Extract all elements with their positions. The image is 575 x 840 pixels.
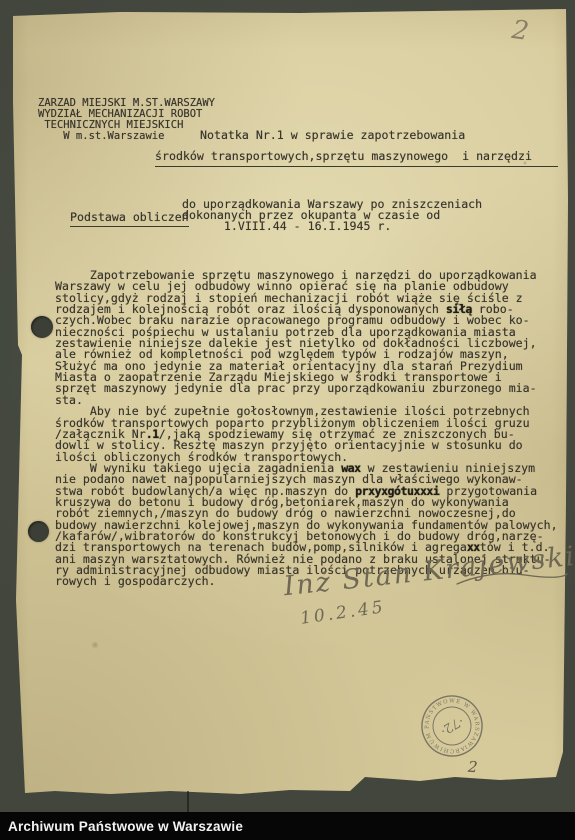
letterhead-line: W m.st.Warszawie	[38, 131, 215, 142]
hole-punch-bottom	[28, 521, 49, 542]
subtitle-line: 1.VIII.44 - 16.I.1945 r.	[182, 221, 482, 232]
page-number-top: 2	[510, 15, 531, 47]
section-heading: Podstawa obliczeń	[70, 210, 189, 227]
signature-flourish	[455, 560, 570, 594]
archive-footer-label: Archiwum Państwowe w Warszawie	[8, 819, 243, 834]
page-number-bottom: 2	[467, 758, 478, 777]
letterhead: ZARZAD MIEJSKI M.ST.WARSZAWYWYDZIAŁ MECH…	[38, 64, 215, 142]
memo-title-underlined: środków transportowych,sprzętu maszynowe…	[155, 149, 558, 167]
body-text: Zapotrzebowanie sprzętu maszynowego i na…	[55, 236, 560, 588]
typed-line: sprzęt maszynowy jedynie dla prac przy u…	[55, 383, 560, 394]
stamp-center-number: ·72·	[437, 712, 466, 737]
scanned-document-page: ZARZAD MIEJSKI M.ST.WARSZAWYWYDZIAŁ MECH…	[0, 0, 575, 840]
hole-punch-top	[31, 316, 53, 338]
memo-title: Notatka Nr.1 w sprawie zapotrzebowania	[200, 128, 465, 142]
memo-subtitle: do uporządkowania Warszawy po zniszczeni…	[182, 167, 482, 232]
background-crease	[187, 791, 189, 812]
archive-footer-bar: Archiwum Państwowe w Warszawie	[0, 812, 575, 840]
